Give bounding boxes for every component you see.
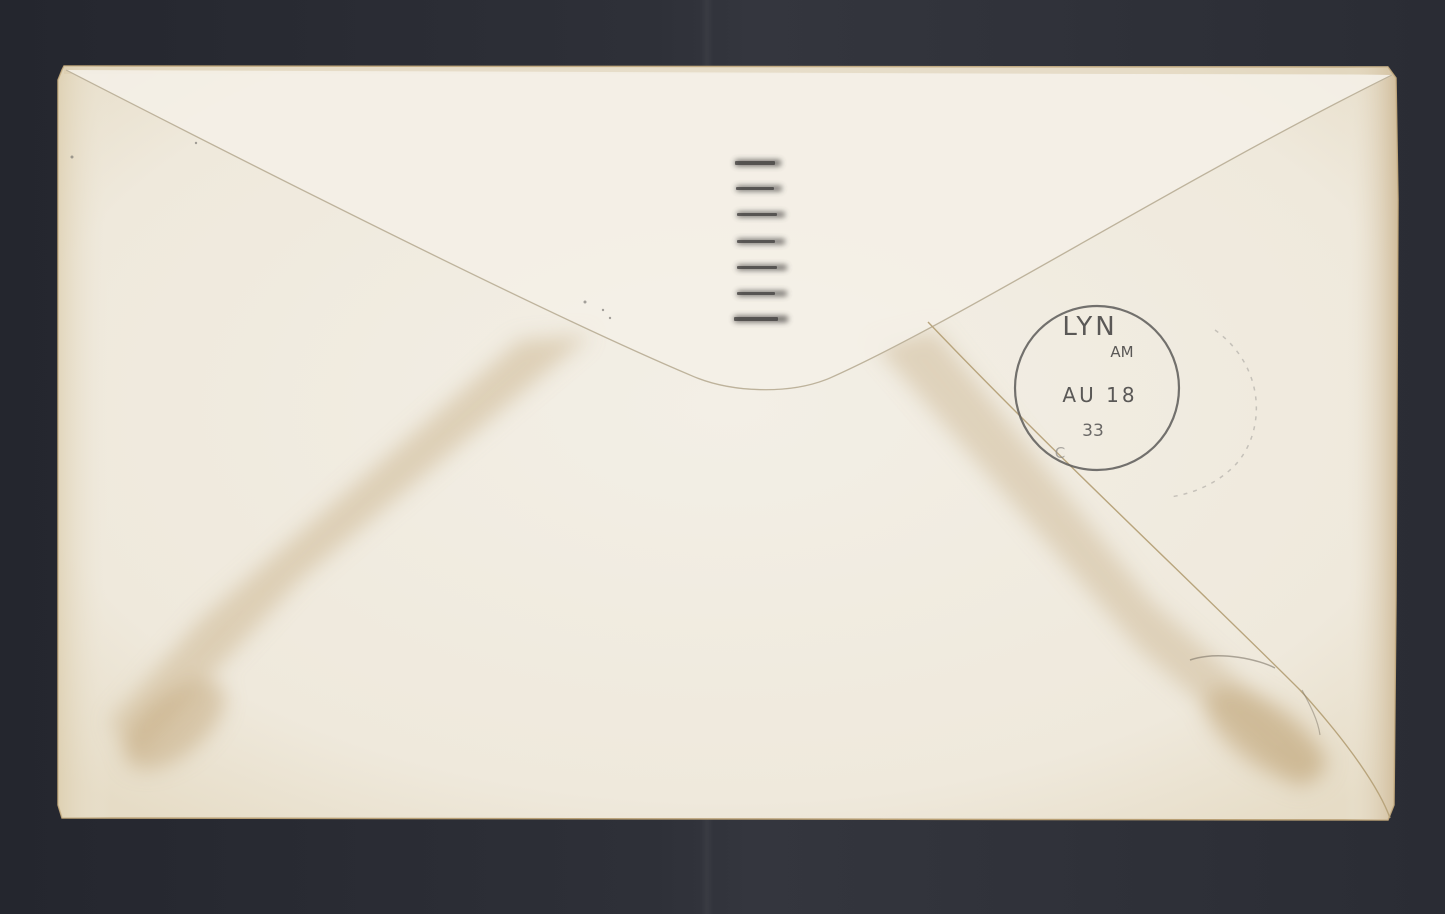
postmark-town: LYN [1062,312,1117,342]
postmark-year: 33 [1082,421,1104,441]
postmark-date: AU 18 [1062,383,1137,407]
postmark-time: AM [1110,343,1133,361]
postmark-lower: C [1055,444,1065,462]
envelope-back: LYN AM AU 18 33 C [0,0,1445,914]
envelope-illustration: LYN AM AU 18 33 C [0,0,1445,914]
